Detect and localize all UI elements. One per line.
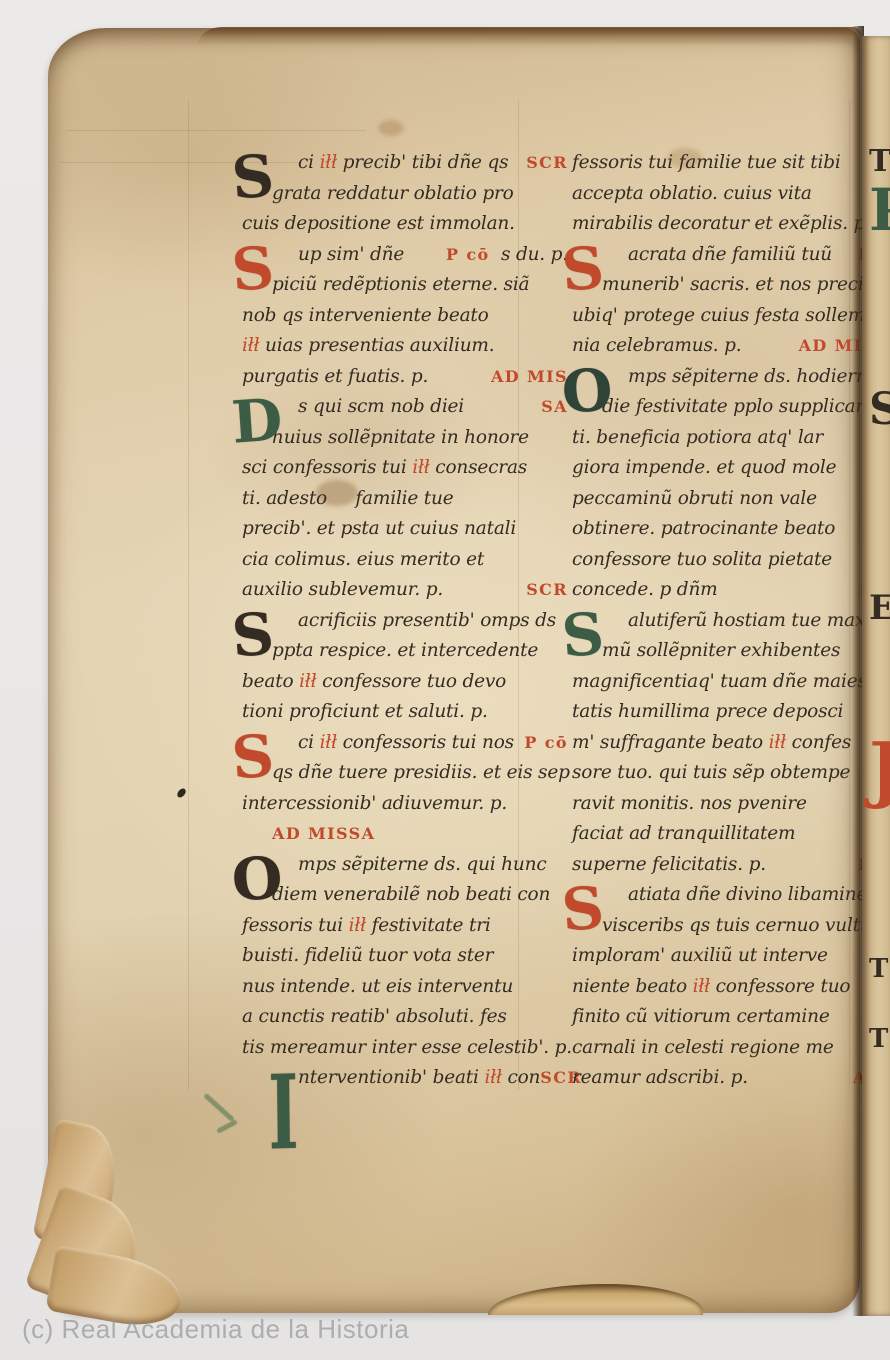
text-line: m' suffragante beato iłł confes: [572, 728, 890, 759]
body-text: precib' tibi dñe qs: [337, 148, 509, 179]
prayer-block: Sacrificiis presentib' omps dsppta respi…: [242, 606, 568, 728]
text-line: mps sẽpiterne ds. qui hunc: [242, 850, 568, 881]
body-text: visceribs qs tuis cernuo vultu: [602, 911, 872, 942]
text-line: ppta respice. et intercedente: [242, 636, 568, 667]
rubric-text: iłł: [299, 667, 316, 698]
illuminated-initial: S: [560, 240, 605, 298]
text-line: obtinere. patrocinante beato: [572, 514, 890, 545]
text-line: ti. adesto familie tue: [242, 484, 568, 515]
ink-speck: [176, 787, 187, 799]
body-text: mirabilis decoratur et exẽplis. p.: [572, 209, 871, 240]
text-line: qs dñe tuere presidiis. et eis sep: [242, 758, 568, 789]
text-line: ubiq' protege cuius festa sollemp: [572, 301, 890, 332]
prayer-block: fessoris tui familie tue sit tibiaccepta…: [572, 148, 890, 240]
text-line: peccaminũ obruti non vale: [572, 484, 890, 515]
text-line: tioni proficiunt et saluti. p.: [242, 697, 568, 728]
rubric-text: iłł: [484, 1063, 501, 1094]
facing-page-letter-fragment: J: [869, 726, 890, 811]
text-line: sore tuo. qui tuis sẽp obtempe: [572, 758, 890, 789]
body-text: confessore tuo: [710, 972, 850, 1003]
body-text: cuis depositione est immolan.: [242, 209, 515, 240]
body-text: qs dñe tuere presidiis. et eis sep: [272, 758, 570, 789]
text-line: auxilio sublevemur. p.SCR: [242, 575, 568, 606]
illuminated-initial: S: [560, 881, 605, 939]
body-text: tioni proficiunt et saluti. p.: [242, 697, 488, 728]
body-text: confes: [786, 728, 851, 759]
body-text: cia colimus. eius merito et: [242, 545, 484, 576]
body-text: fessoris tui: [242, 911, 349, 942]
ruling-line-vertical: [188, 100, 189, 1090]
text-column-right: fessoris tui familie tue sit tibiaccepta…: [572, 148, 890, 1094]
copyright-watermark: (c) Real Academia de la Historia: [22, 1314, 409, 1345]
prayer-block: AD MISSA: [242, 819, 568, 850]
text-line: fessoris tui iłł festivitate tri: [242, 911, 568, 942]
body-text: m' suffragante beato: [572, 728, 769, 759]
illuminated-initial: D: [230, 392, 284, 450]
illuminated-initial: O: [560, 362, 614, 420]
body-text: atiata dñe divino libamine: [628, 880, 867, 911]
body-text: buisti. fideliũ tuor vota ster: [242, 941, 493, 972]
body-text: ti. adesto familie tue: [242, 484, 454, 515]
body-text: diem venerabilẽ nob beati con: [272, 880, 550, 911]
text-line: a cunctis reatib' absoluti. fes: [242, 1002, 568, 1033]
parchment-top-edge: [198, 27, 861, 45]
body-text: faciat ad tranquillitatem: [572, 819, 795, 850]
rubric-text: AD MISSA: [272, 819, 375, 850]
body-text: sore tuo. qui tuis sẽp obtempe: [572, 758, 850, 789]
text-line: ci iłł confessoris tui nosP cō: [242, 728, 568, 759]
text-line: accepta oblatio. cuius vita: [572, 179, 890, 210]
body-text: con: [502, 1063, 541, 1094]
body-text: obtinere. patrocinante beato: [572, 514, 835, 545]
prayer-block: Sacrata dñe familiũ tuũP cōmunerib' sacr…: [572, 240, 890, 362]
body-text: accepta oblatio. cuius vita: [572, 179, 812, 210]
illuminated-initial: S: [560, 606, 605, 664]
illuminated-initial: S: [230, 240, 275, 298]
illuminated-initial: S: [230, 728, 275, 786]
text-line: alutiferũ hostiam tue maxi: [572, 606, 890, 637]
text-line: acrificiis presentib' omps ds: [242, 606, 568, 637]
body-text: beato: [242, 667, 299, 698]
text-line: mũ sollẽpniter exhibentes: [572, 636, 890, 667]
under-page-edge: [488, 1284, 703, 1315]
prayer-block: Sci iłł confessoris tui nosP cōqs dñe tu…: [242, 728, 568, 820]
body-text: intercessionib' adiuvemur. p.: [242, 789, 507, 820]
text-line: s qui scm nob dieiSA: [242, 392, 568, 423]
body-text: alutiferũ hostiam tue maxi: [628, 606, 871, 637]
text-line: superne felicitatis. p.P cō: [572, 850, 890, 881]
illuminated-initial: S: [230, 149, 275, 207]
body-text: ravit monitis. nos pvenire: [572, 789, 807, 820]
body-text: mũ sollẽpniter exhibentes: [602, 636, 840, 667]
body-text: niente beato: [572, 972, 693, 1003]
rubric-text: P cō: [524, 728, 568, 759]
body-text: precib'. et psta ut cuius natali: [242, 514, 516, 545]
rubric-text: iłł: [320, 728, 337, 759]
body-text: finito cũ vitiorum certamine: [572, 1002, 830, 1033]
facing-page-letter-fragment: P: [869, 176, 890, 244]
text-line: AD MISSA: [242, 819, 568, 850]
rubric-text: iłł: [693, 972, 710, 1003]
text-line: precib'. et psta ut cuius natali: [242, 514, 568, 545]
body-text: mps sẽpiterne ds. hodierna: [628, 362, 878, 393]
body-text: ubiq' protege cuius festa sollemp: [572, 301, 877, 332]
rubric-text: P cō: [446, 240, 490, 271]
body-text: nob qs interveniente beato: [242, 301, 489, 332]
body-text: grata reddatur oblatio pro: [272, 179, 514, 210]
body-text: s du. p.: [490, 240, 568, 271]
text-line: mirabilis decoratur et exẽplis. p.: [572, 209, 890, 240]
body-text: confessore tuo solita pietate: [572, 545, 832, 576]
body-text: fessoris tui familie tue sit tibi: [572, 148, 841, 179]
body-text: imploram' auxiliũ ut interve: [572, 941, 828, 972]
body-text: confessore tuo devo: [316, 667, 506, 698]
rubric-text: AD MIS: [491, 362, 568, 393]
body-text: nus intende. ut eis interventu: [242, 972, 513, 1003]
text-line: purgatis et fuatis. p.AD MIS: [242, 362, 568, 393]
rubric-text: iłł: [349, 911, 366, 942]
facing-page-letter-fragment: T: [869, 1024, 888, 1054]
text-line: tatis humillima prece deposci: [572, 697, 890, 728]
illuminated-initial: O: [230, 850, 284, 908]
text-line: ravit monitis. nos pvenire: [572, 789, 890, 820]
prayer-block: Interventionib' beati iłł conSCR: [242, 1063, 568, 1094]
prayer-block: Sup sim' dñeP cō s du. p.piciũ redẽption…: [242, 240, 568, 393]
text-line: confessore tuo solita pietate: [572, 545, 890, 576]
text-line: huius sollẽpnitate in honore: [242, 423, 568, 454]
illuminated-initial: I: [268, 1066, 299, 1164]
body-text: acrificiis presentib' omps ds: [298, 606, 556, 637]
prayer-block: Omps sẽpiterne ds. hodiernadie festivita…: [572, 362, 890, 606]
body-text: consecras: [430, 453, 527, 484]
body-text: a cunctis reatib' absoluti. fes: [242, 1002, 507, 1033]
body-text: reamur adscribi. p.: [572, 1063, 748, 1094]
rubric-text: SCR: [526, 148, 568, 179]
body-text: ppta respice. et intercedente: [272, 636, 538, 667]
text-line: beato iłł confessore tuo devo: [242, 667, 568, 698]
body-text: tatis humillima prece deposci: [572, 697, 843, 728]
stain: [378, 120, 404, 136]
text-line: giora impende. et quod mole: [572, 453, 890, 484]
text-line: intercessionib' adiuvemur. p.: [242, 789, 568, 820]
prayer-block: Satiata dñe divino libaminevisceribs qs …: [572, 880, 890, 1094]
text-line: ti. beneficia potiora atq' lar: [572, 423, 890, 454]
text-line: die festivitate pplo supplican: [572, 392, 890, 423]
body-text: confessoris tui nos: [337, 728, 514, 759]
text-line: up sim' dñeP cō s du. p.: [242, 240, 568, 271]
body-text: sci confessoris tui: [242, 453, 412, 484]
body-text: munerib' sacris. et nos precibus: [602, 270, 890, 301]
text-line: visceribs qs tuis cernuo vultu: [572, 911, 890, 942]
prayer-block: Salutiferũ hostiam tue maximũ sollẽpnite…: [572, 606, 890, 881]
rubric-text: iłł: [769, 728, 786, 759]
text-line: niente beato iłł confessore tuo: [572, 972, 890, 1003]
body-text: festivitate tri: [366, 911, 491, 942]
body-text: piciũ redẽptionis eterne. siã: [272, 270, 529, 301]
body-text: peccaminũ obruti non vale: [572, 484, 817, 515]
text-line: concede. p dñmSCR: [572, 575, 890, 606]
ruling-line-horizontal: [66, 130, 366, 131]
body-text: ci: [298, 148, 320, 179]
facing-page-letter-fragment: S: [869, 384, 890, 435]
body-text: mps sẽpiterne ds. qui hunc: [298, 850, 547, 881]
text-line: piciũ redẽptionis eterne. siã: [242, 270, 568, 301]
body-text: huius sollẽpnitate in honore: [272, 423, 529, 454]
rubric-text: SCR: [526, 575, 568, 606]
text-line: grata reddatur oblatio pro: [242, 179, 568, 210]
body-text: acrata dñe familiũ tuũ: [628, 240, 832, 271]
text-line: magnificentiaq' tuam dñe maies: [572, 667, 890, 698]
body-text: s qui scm nob diei: [298, 392, 464, 423]
rubric-text: iłł: [412, 453, 429, 484]
body-text: carnali in celesti regione me: [572, 1033, 834, 1064]
body-text: auxilio sublevemur. p.: [242, 575, 443, 606]
text-line: iłł uias presentias auxilium.: [242, 331, 568, 362]
facing-page-letter-fragment: E: [869, 588, 890, 628]
text-line: mps sẽpiterne ds. hodierna: [572, 362, 890, 393]
text-line: ci iłł precib' tibi dñe qsSCR: [242, 148, 568, 179]
rubric-text: iłł: [320, 148, 337, 179]
text-line: cuis depositione est immolan.: [242, 209, 568, 240]
prayer-block: Ds qui scm nob dieiSAhuius sollẽpnitate …: [242, 392, 568, 606]
text-line: nob qs interveniente beato: [242, 301, 568, 332]
facing-page-letter-fragment: T: [869, 144, 890, 179]
prayer-block: Sci iłł precib' tibi dñe qsSCRgrata redd…: [242, 148, 568, 240]
text-line: cia colimus. eius merito et: [242, 545, 568, 576]
text-line: carnali in celesti regione me: [572, 1033, 890, 1064]
facing-page-letter-fragment: T: [869, 954, 888, 984]
body-text: uias presentias auxilium.: [259, 331, 494, 362]
text-line: faciat ad tranquillitatem: [572, 819, 890, 850]
text-line: nus intende. ut eis interventu: [242, 972, 568, 1003]
illuminated-initial: S: [230, 606, 275, 664]
text-line: fessoris tui familie tue sit tibi: [572, 148, 890, 179]
text-line: nia celebramus. p.AD MISSA: [572, 331, 890, 362]
body-text: up sim' dñe: [298, 240, 404, 271]
text-line: finito cũ vitiorum certamine: [572, 1002, 890, 1033]
text-line: acrata dñe familiũ tuũP cō: [572, 240, 890, 271]
facing-page-sliver: TPSEJTT: [862, 36, 890, 1316]
text-line: imploram' auxiliũ ut interve: [572, 941, 890, 972]
manuscript-page: Sci iłł precib' tibi dñe qsSCRgrata redd…: [48, 28, 860, 1313]
rubric-text: iłł: [242, 331, 259, 362]
green-ink-offset-mark: [203, 1093, 235, 1122]
body-text: ti. beneficia potiora atq' lar: [572, 423, 823, 454]
text-line: buisti. fideliũ tuor vota ster: [242, 941, 568, 972]
body-text: magnificentiaq' tuam dñe maies: [572, 667, 867, 698]
text-line: reamur adscribi. p.ALIA: [572, 1063, 890, 1094]
body-text: giora impende. et quod mole: [572, 453, 836, 484]
green-ink-offset-mark: [216, 1119, 238, 1134]
text-line: diem venerabilẽ nob beati con: [242, 880, 568, 911]
body-text: die festivitate pplo supplican: [602, 392, 867, 423]
prayer-block: Omps sẽpiterne ds. qui huncdiem venerabi…: [242, 850, 568, 1064]
body-text: ci: [298, 728, 320, 759]
text-line: sci confessoris tui iłł consecras: [242, 453, 568, 484]
text-line: atiata dñe divino libamine: [572, 880, 890, 911]
body-text: nterventionib' beati: [298, 1063, 484, 1094]
text-line: munerib' sacris. et nos precibus: [572, 270, 890, 301]
text-column-left: Sci iłł precib' tibi dñe qsSCRgrata redd…: [242, 148, 568, 1094]
